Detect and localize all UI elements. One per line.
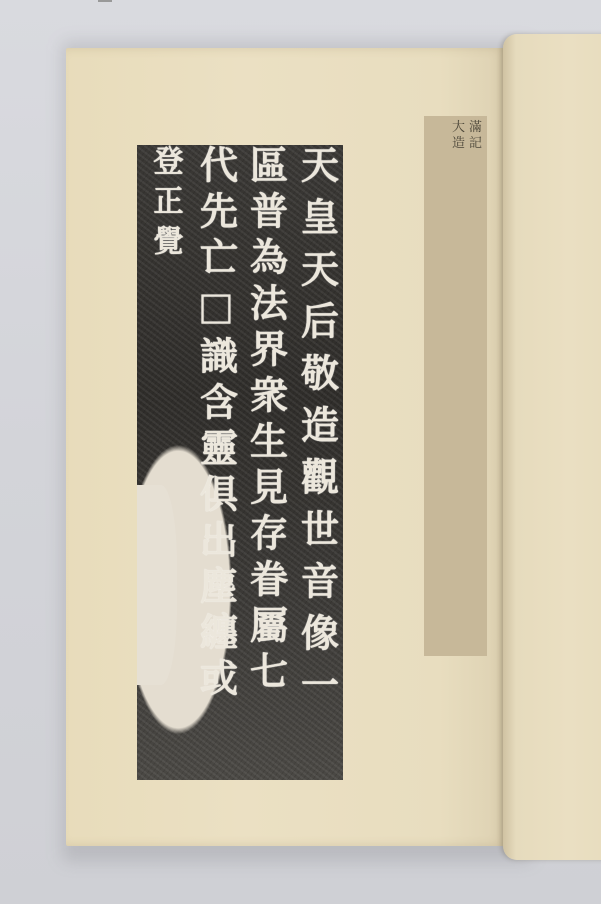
- label-char: 造: [452, 136, 465, 152]
- label-column-left: 大 造: [452, 120, 465, 152]
- inscription-text: 代先亡□識含靈俱出塵纏或: [190, 145, 243, 704]
- inscription-text: 區普為法界衆生見存眷屬七: [240, 145, 293, 697]
- label-char: 記: [469, 136, 482, 152]
- next-page-edge: [503, 34, 601, 860]
- label-char: 滿: [469, 120, 482, 136]
- inscription-text: 登正覺: [139, 145, 192, 265]
- title-label-strip: 滿 記 大 造: [424, 116, 487, 656]
- inscription-text: 天皇天后敬造觀世音像一: [291, 145, 344, 717]
- rubbing-blank-area: [137, 485, 177, 685]
- background-mark: [98, 0, 112, 2]
- inscription-column-4: 登正覺: [141, 145, 189, 265]
- stone-rubbing: 天皇天后敬造觀世音像一 區普為法界衆生見存眷屬七 代先亡□識含靈俱出塵纏或 登正…: [137, 145, 343, 780]
- title-label: 滿 記 大 造: [432, 120, 482, 152]
- label-column-right: 滿 記: [469, 120, 482, 152]
- inscription-column-2: 區普為法界衆生見存眷屬七: [242, 145, 290, 697]
- inscription-column-1: 天皇天后敬造觀世音像一: [293, 145, 341, 717]
- inscription-column-3: 代先亡□識含靈俱出塵纏或: [192, 145, 240, 704]
- label-char: 大: [452, 120, 465, 136]
